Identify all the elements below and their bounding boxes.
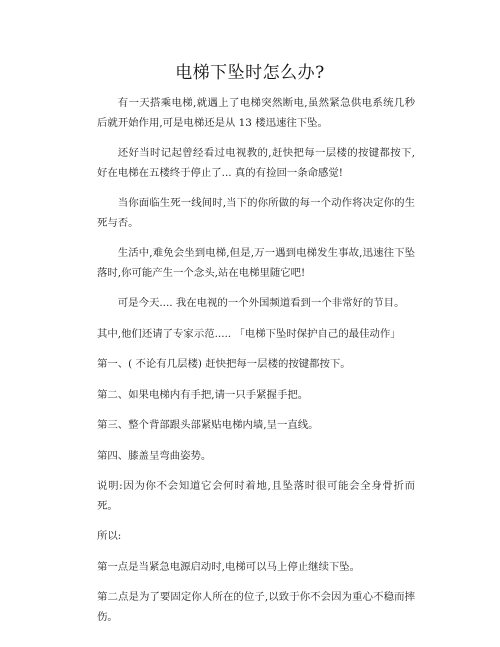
document-body: 有一天搭乘电梯,就遇上了电梯突然断电,虽然紧急供电系统几秒后就开始作用,可是电梯… bbox=[97, 94, 415, 638]
step-four: 第四、膝盖呈弯曲姿势。 bbox=[97, 447, 415, 467]
paragraph-expert-demo: 其中,他们还请了专家示范..... 「电梯下坠时保护自己的最佳动作」 bbox=[97, 325, 415, 345]
step-two: 第二、如果电梯内有手把,请一只手紧握手把。 bbox=[97, 386, 415, 406]
paragraph-explanation: 说明:因为你不会知道它会何时着地,且坠落时很可能会全身骨折而死。 bbox=[97, 477, 415, 516]
document-title: 电梯下坠时怎么办? bbox=[0, 58, 500, 83]
paragraph-life-or-death: 当你面临生死一线间时,当下的你所做的每一个动作将决定你的生死与否。 bbox=[97, 194, 415, 233]
paragraph-intro: 有一天搭乘电梯,就遇上了电梯突然断电,虽然紧急供电系统几秒后就开始作用,可是电梯… bbox=[97, 94, 415, 133]
paragraph-daily-life: 生活中,难免会坐到电梯,但是,万一遇到电梯发生事故,迅速往下坠落时,你可能产生一… bbox=[97, 244, 415, 283]
paragraph-recall: 还好当时记起曾经看过电视教的,赶快把每一层楼的按键都按下,好在电梯在五楼终于停止… bbox=[97, 144, 415, 183]
step-one: 第一、( 不论有几层楼) 赶快把每一层楼的按键都按下。 bbox=[97, 355, 415, 375]
step-three: 第三、整个背部跟头部紧贴电梯内墙,呈一直线。 bbox=[97, 416, 415, 436]
paragraph-tv-program: 可是今天.... 我在电视的一个外国频道看到一个非常好的节目。 bbox=[97, 294, 415, 314]
reason-two: 第二点是为了要固定你人所在的位子,以致于你不会因为重心不稳而摔伤。 bbox=[97, 588, 415, 627]
document-page: 电梯下坠时怎么办? 有一天搭乘电梯,就遇上了电梯突然断电,虽然紧急供电系统几秒后… bbox=[0, 0, 500, 647]
paragraph-therefore: 所以: bbox=[97, 527, 415, 547]
reason-one: 第一点是当紧急电源启动时,电梯可以马上停止继续下坠。 bbox=[97, 558, 415, 578]
